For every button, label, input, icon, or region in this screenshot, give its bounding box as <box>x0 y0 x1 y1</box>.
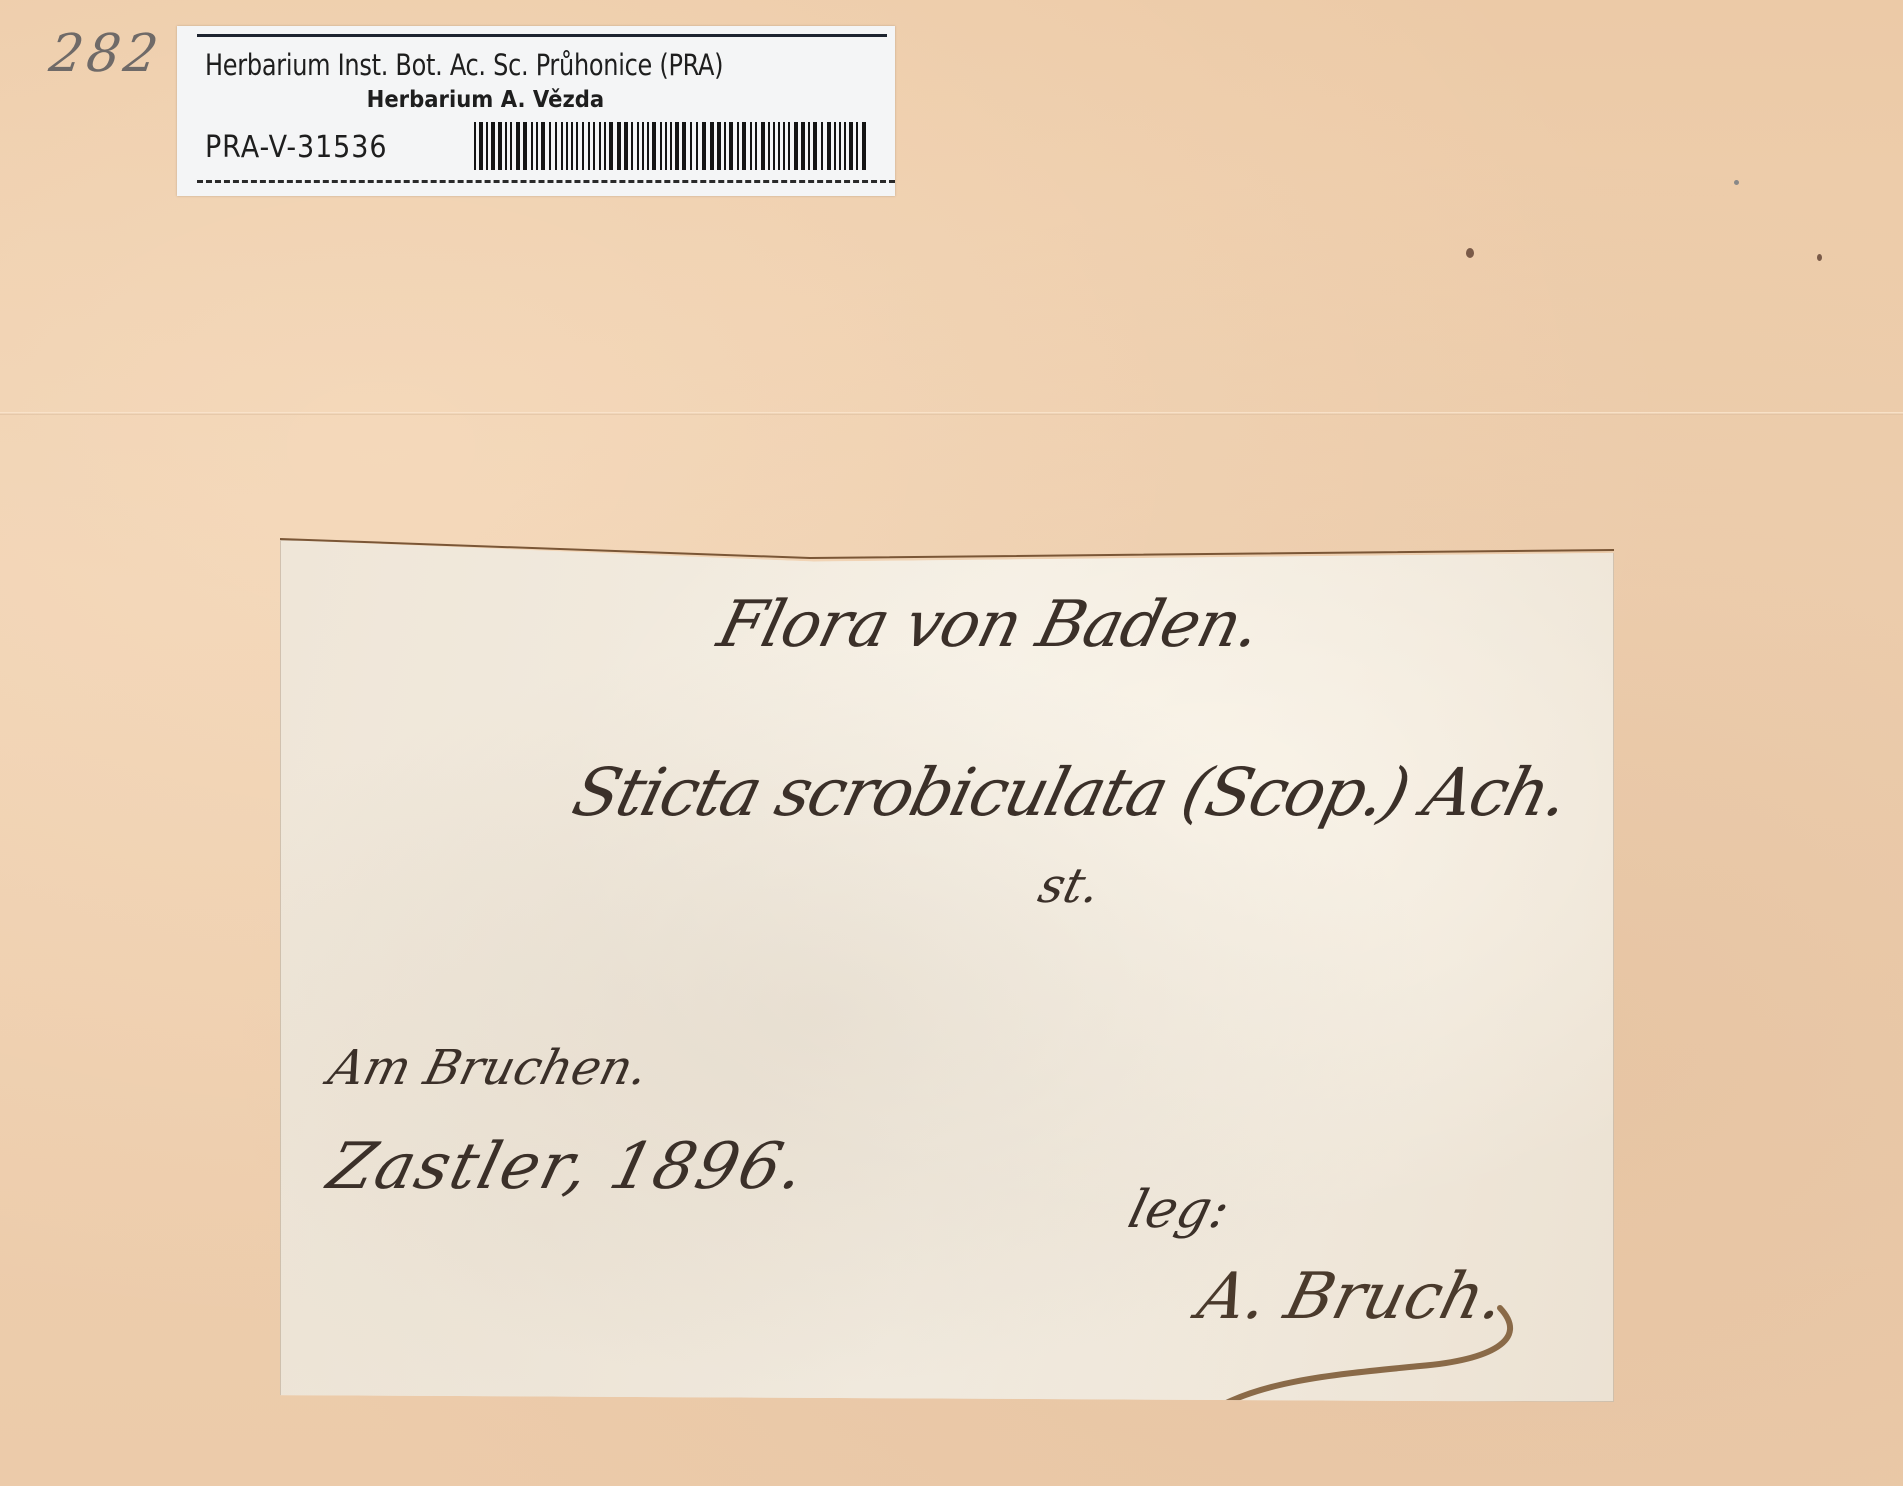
label-top-rule <box>197 34 887 37</box>
taxon-name: Sticta scrobiculata (Scop.) Ach. <box>565 754 1575 831</box>
institution-name: Herbarium Inst. Bot. Ac. Sc. Průhonice (… <box>205 48 723 82</box>
signature-flourish-icon <box>1200 1300 1540 1420</box>
herbarium-barcode-label: Herbarium Inst. Bot. Ac. Sc. Průhonice (… <box>177 26 895 196</box>
cut-line <box>197 180 895 183</box>
flora-title: Flora von Baden. <box>711 588 1268 662</box>
fold-line <box>0 412 1903 415</box>
pencil-annotation: 282 <box>46 24 166 84</box>
locality: Am Bruchen. <box>323 1040 654 1096</box>
sterile-status: st. <box>1033 858 1106 914</box>
handwritten-specimen-label: Flora von Baden. Sticta scrobiculata (Sc… <box>280 540 1614 1402</box>
specimen-id: PRA-V-31536 <box>205 130 387 165</box>
leg-label: leg: <box>1123 1180 1236 1240</box>
paper-speck <box>1734 180 1739 185</box>
paper-speck <box>1466 248 1474 258</box>
label-top-edge <box>280 538 1614 564</box>
paper-speck <box>1817 254 1822 261</box>
locality-date: Zastler, 1896. <box>321 1130 814 1204</box>
barcode-icon <box>474 122 872 170</box>
collection-name: Herbarium A. Vězda <box>206 87 867 113</box>
